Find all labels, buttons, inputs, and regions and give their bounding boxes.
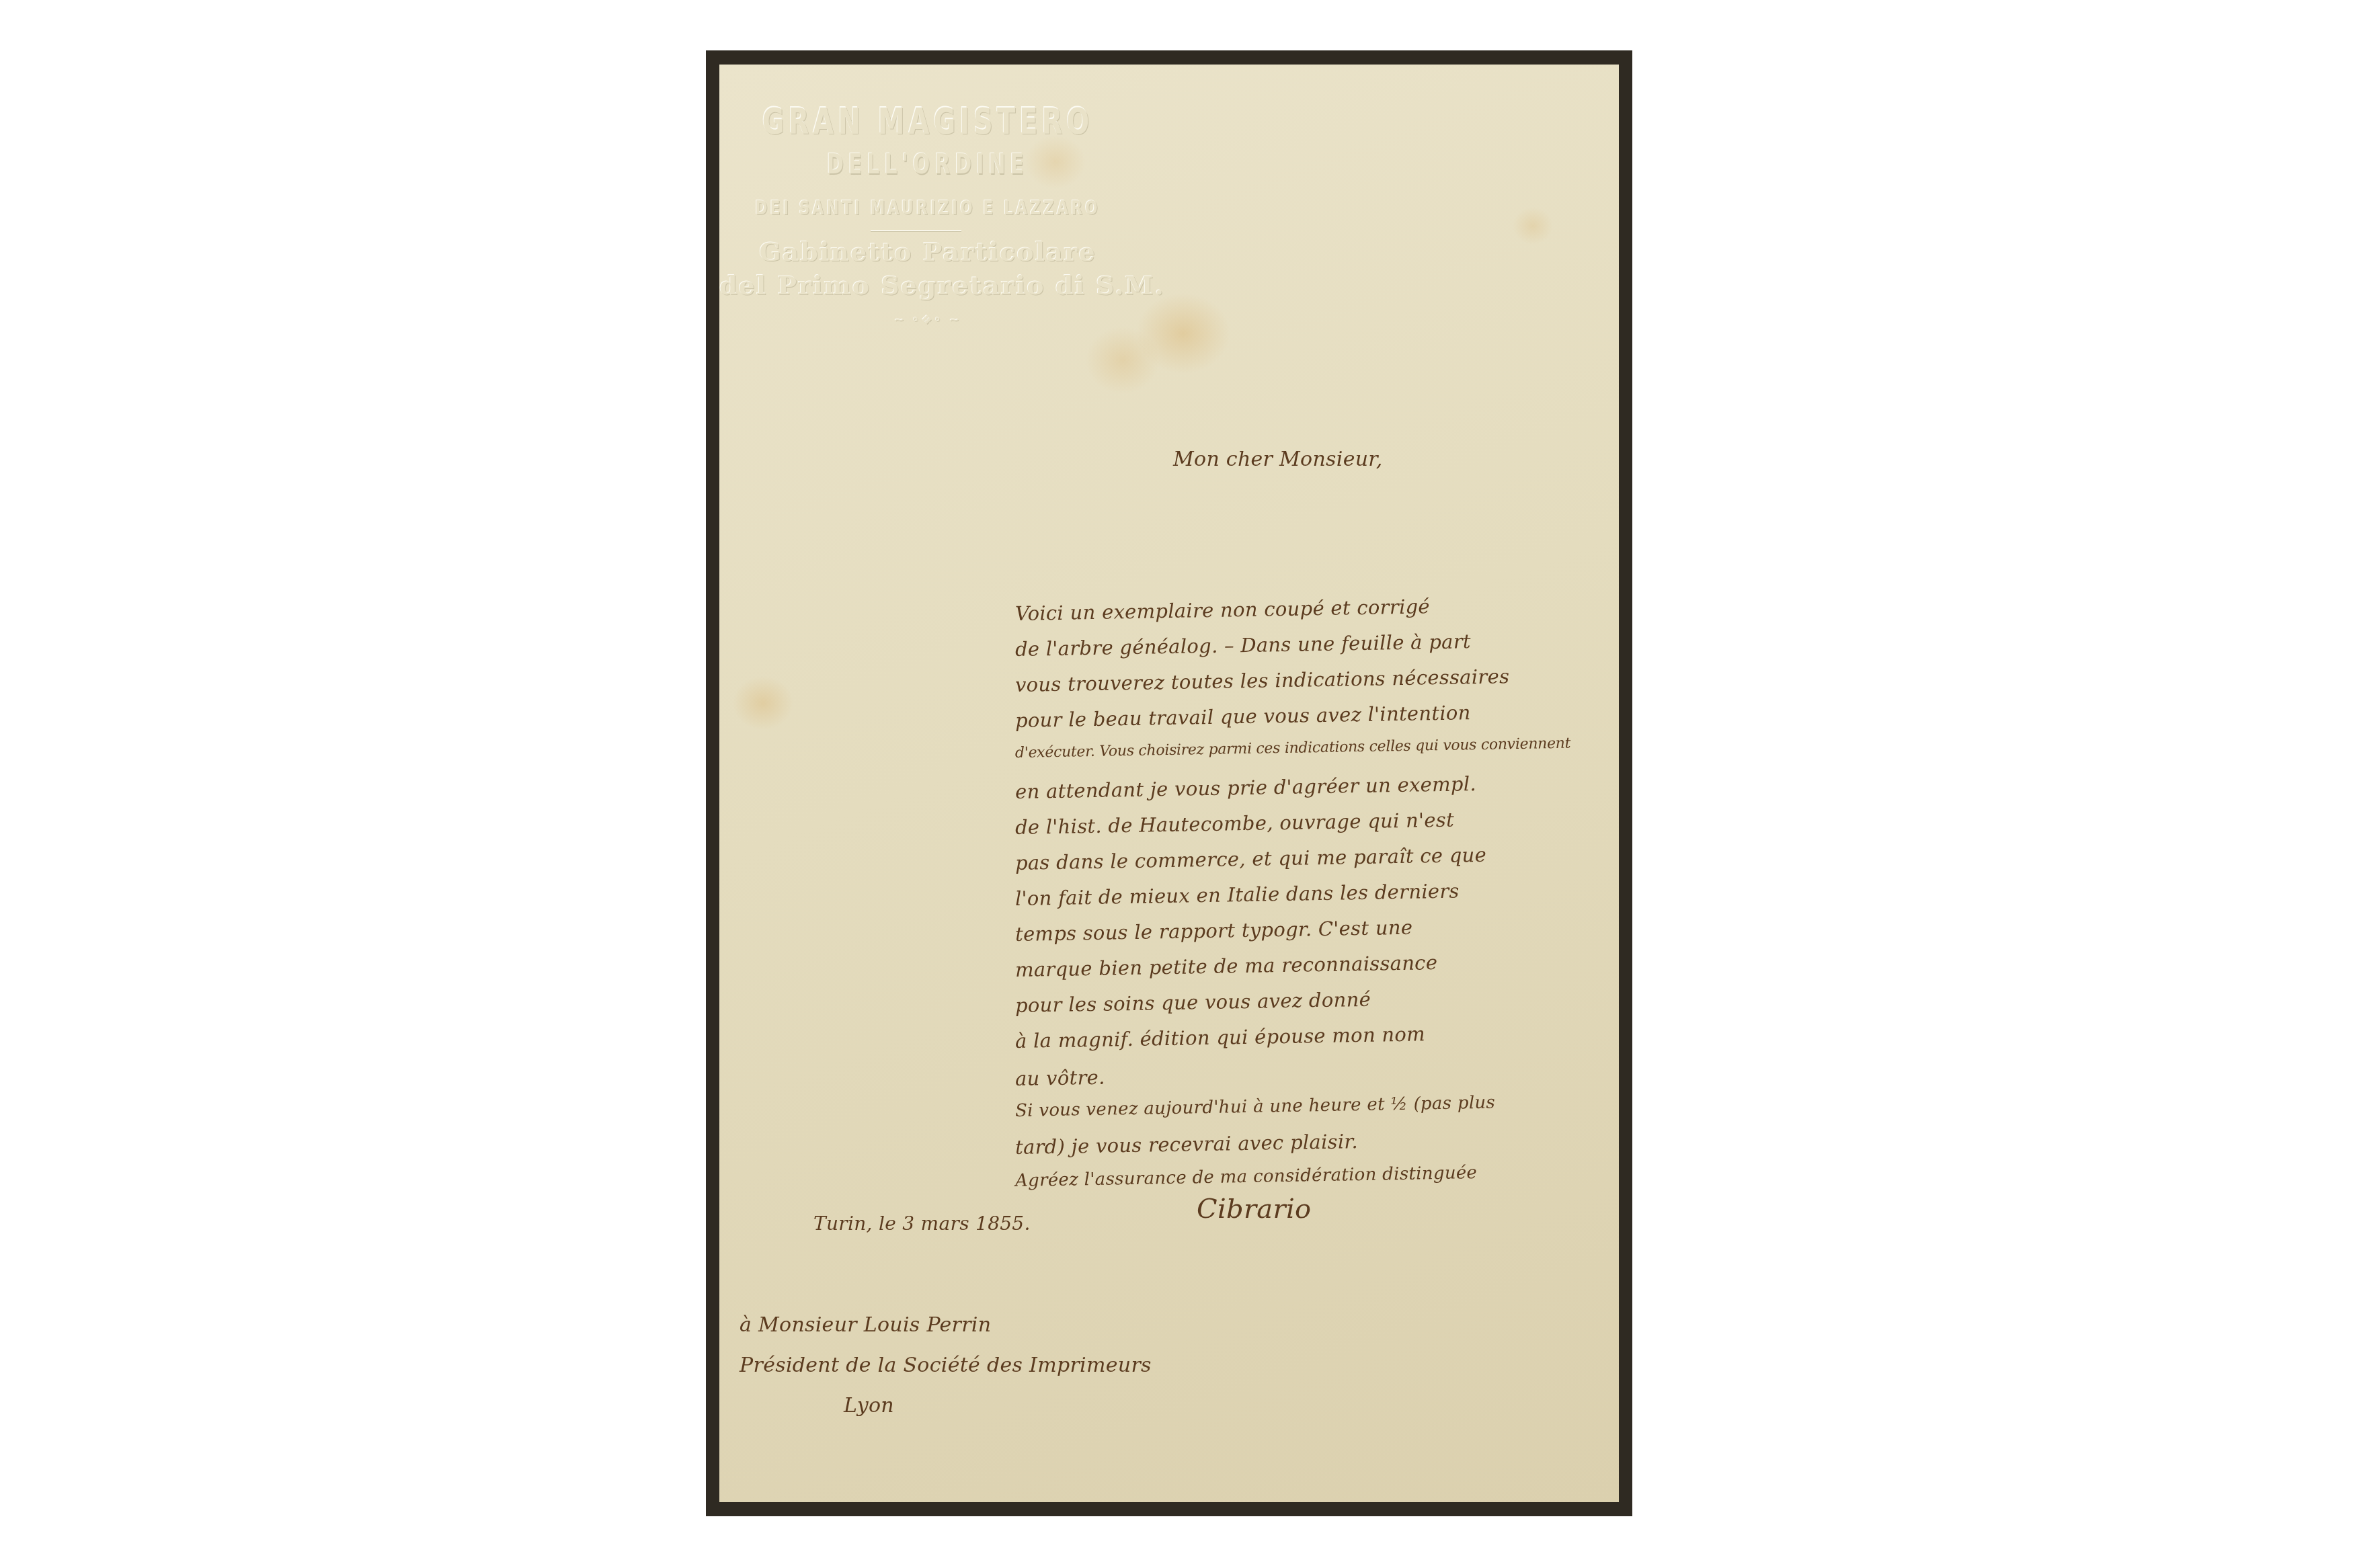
body-line: l'on fait de mieux en Italie dans les de… — [1015, 879, 1460, 910]
body-line: d'exécuter. Vous choisirez parmi ces ind… — [1015, 735, 1571, 761]
letterhead-divider — [871, 230, 961, 231]
body-line: pour le beau travail que vous avez l'int… — [1015, 701, 1471, 732]
address-line: à Monsieur Louis Perrin — [740, 1313, 991, 1337]
letterhead-line-4: Gabinetto Particolare — [719, 237, 1136, 267]
body-line: Si vous venez aujourd'hui à une heure et… — [1015, 1093, 1496, 1121]
letterhead-line-1: GRAN MAGISTERO — [719, 101, 1136, 142]
letterhead-ornament-icon: ~ ◦❖◦ ~ — [719, 313, 1136, 327]
letter-paper: GRAN MAGISTERO DELL'ORDINE DEI SANTI MAU… — [719, 65, 1619, 1502]
body-line: de l'arbre généalog. – Dans une feuille … — [1015, 630, 1471, 661]
body-line: marque bien petite de ma reconnaissance — [1015, 951, 1438, 981]
body-line: au vôtre. — [1015, 1066, 1105, 1090]
body-line: Voici un exemplaire non coupé et corrigé — [1015, 595, 1430, 625]
letterhead-line-3: DEI SANTI MAURIZIO E LAZZARO — [719, 198, 1136, 220]
address-city: Lyon — [844, 1394, 894, 1417]
salutation: Mon cher Monsieur, — [1173, 448, 1383, 471]
body-line: en attendant je vous prie d'agréer un ex… — [1015, 772, 1476, 803]
body-line: vous trouverez toutes les indications né… — [1015, 665, 1510, 696]
address-line: Président de la Société des Imprimeurs — [740, 1354, 1152, 1377]
body-line: à la magnif. édition qui épouse mon nom — [1015, 1022, 1426, 1053]
body-line: tard) je vous recevrai avec plaisir. — [1015, 1130, 1358, 1159]
body-line: pour les soins que vous avez donné — [1015, 988, 1371, 1017]
letterhead-line-2: DELL'ORDINE — [719, 149, 1136, 181]
body-line: Agréez l'assurance de ma considération d… — [1015, 1163, 1478, 1191]
letterhead-line-5: del Primo Segretario di S.M. — [719, 270, 1136, 300]
letter-date: Turin, le 3 mars 1855. — [813, 1212, 1031, 1235]
body-line: pas dans le commerce, et qui me paraît c… — [1015, 843, 1487, 874]
body-line: de l'hist. de Hautecombe, ouvrage qui n'… — [1015, 809, 1455, 839]
letter-frame: GRAN MAGISTERO DELL'ORDINE DEI SANTI MAU… — [706, 50, 1632, 1516]
body-line: temps sous le rapport typogr. C'est une — [1015, 916, 1413, 946]
signature: Cibrario — [1197, 1194, 1311, 1225]
